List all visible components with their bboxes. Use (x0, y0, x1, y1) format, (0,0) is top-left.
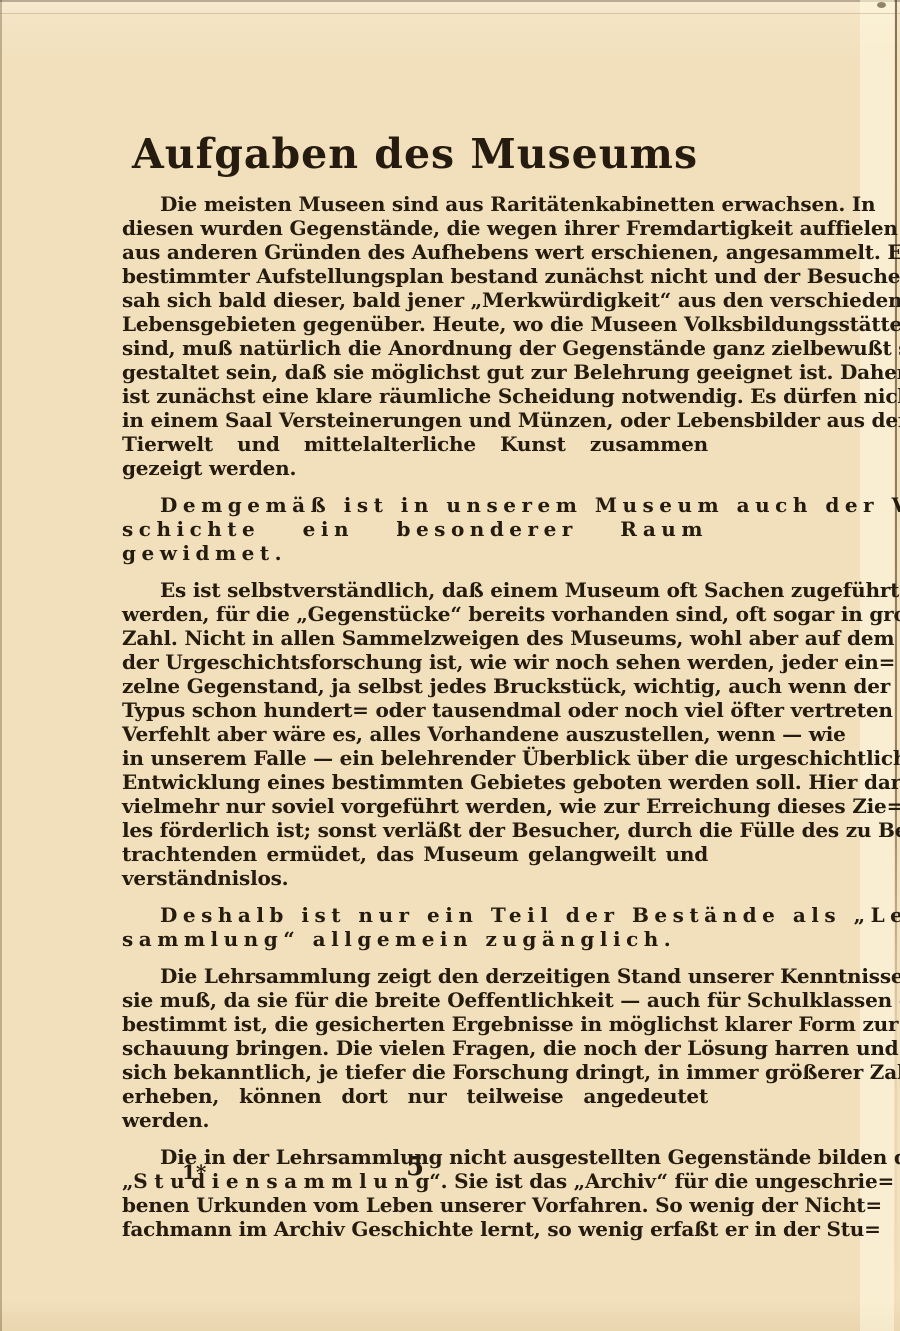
text-line: benen Urkunden vom Leben unserer Vorfahr… (122, 1193, 708, 1217)
text-line: sah sich bald dieser, bald jener „Merkwü… (122, 288, 708, 312)
text-line: Entwicklung eines bestimmten Gebietes ge… (122, 770, 708, 794)
scan-speck (877, 2, 886, 8)
text-line: diesen wurden Gegenstände, die wegen ihr… (122, 216, 708, 240)
text-line: Demgemäß ist in unserem Museum auch der … (122, 493, 708, 517)
text-line: Lebensgebieten gegenüber. Heute, wo die … (122, 312, 708, 336)
text-line: aus anderen Gründen des Aufhebens wert e… (122, 240, 708, 264)
text-line: les förderlich ist; sonst verläßt der Be… (122, 818, 708, 842)
text-line: in einem Saal Versteinerungen und Münzen… (122, 408, 708, 432)
paragraph: Demgemäß ist in unserem Museum auch der … (122, 493, 708, 565)
text-line: gestaltet sein, daß sie möglichst gut zu… (122, 360, 708, 384)
text-line: Typus schon hundert= oder tausendmal ode… (122, 698, 708, 722)
text-line: Verfehlt aber wäre es, alles Vorhandene … (122, 722, 708, 746)
paragraph: Deshalb ist nur ein Teil der Bestände al… (122, 903, 708, 951)
text-line: zelne Gegenstand, ja selbst jedes Brucks… (122, 674, 708, 698)
page-footer: 1* 5 (122, 1152, 708, 1192)
text-line: sammlung“ allgemein zugänglich. (122, 927, 708, 951)
text-line: vielmehr nur soviel vorgeführt werden, w… (122, 794, 708, 818)
scan-edge-left (0, 0, 2, 1331)
text-line: sind, muß natürlich die Anordnung der Ge… (122, 336, 708, 360)
text-line: Die meisten Museen sind aus Raritätenkab… (122, 192, 708, 216)
book-page: Aufgaben des Museums Die meisten Museen … (0, 0, 900, 1331)
paragraph: Die Lehrsammlung zeigt den derzeitigen S… (122, 964, 708, 1132)
page-number: 5 (122, 1152, 708, 1182)
text-line: der Urgeschichtsforschung ist, wie wir n… (122, 650, 708, 674)
text-line: schauung bringen. Die vielen Fragen, die… (122, 1036, 708, 1060)
text-line: fachmann im Archiv Geschichte lernt, so … (122, 1217, 708, 1241)
paragraph: Es ist selbstverständlich, daß einem Mus… (122, 578, 708, 890)
text-column: Aufgaben des Museums Die meisten Museen … (122, 0, 708, 1254)
text-line: Zahl. Nicht in allen Sammelzweigen des M… (122, 626, 708, 650)
text-line: erheben, können dort nur teilweise anged… (122, 1084, 708, 1132)
text-line: bestimmter Aufstellungsplan bestand zunä… (122, 264, 708, 288)
text-line: Tierwelt und mittelalterliche Kunst zusa… (122, 432, 708, 480)
page-title: Aufgaben des Museums (122, 128, 708, 180)
text-line: in unserem Falle — ein belehrender Überb… (122, 746, 708, 770)
text-line: sie muß, da sie für die breite Oeffentli… (122, 988, 708, 1012)
text-line: Es ist selbstverständlich, daß einem Mus… (122, 578, 708, 602)
body-text: Die meisten Museen sind aus Raritätenkab… (122, 192, 708, 1241)
text-line: schichte ein besonderer Raum gewidmet. (122, 517, 708, 565)
text-line: bestimmt ist, die gesicherten Ergebnisse… (122, 1012, 708, 1036)
text-line: trachtenden ermüdet, das Museum gelangwe… (122, 842, 708, 890)
scan-edge-right-line (895, 0, 897, 1331)
text-line: sich bekanntlich, je tiefer die Forschun… (122, 1060, 708, 1084)
text-line: ist zunächst eine klare räumliche Scheid… (122, 384, 708, 408)
text-line: werden, für die „Gegenstücke“ bereits vo… (122, 602, 708, 626)
text-line: Die Lehrsammlung zeigt den derzeitigen S… (122, 964, 708, 988)
paragraph: Die meisten Museen sind aus Raritätenkab… (122, 192, 708, 480)
text-line: Deshalb ist nur ein Teil der Bestände al… (122, 903, 708, 927)
